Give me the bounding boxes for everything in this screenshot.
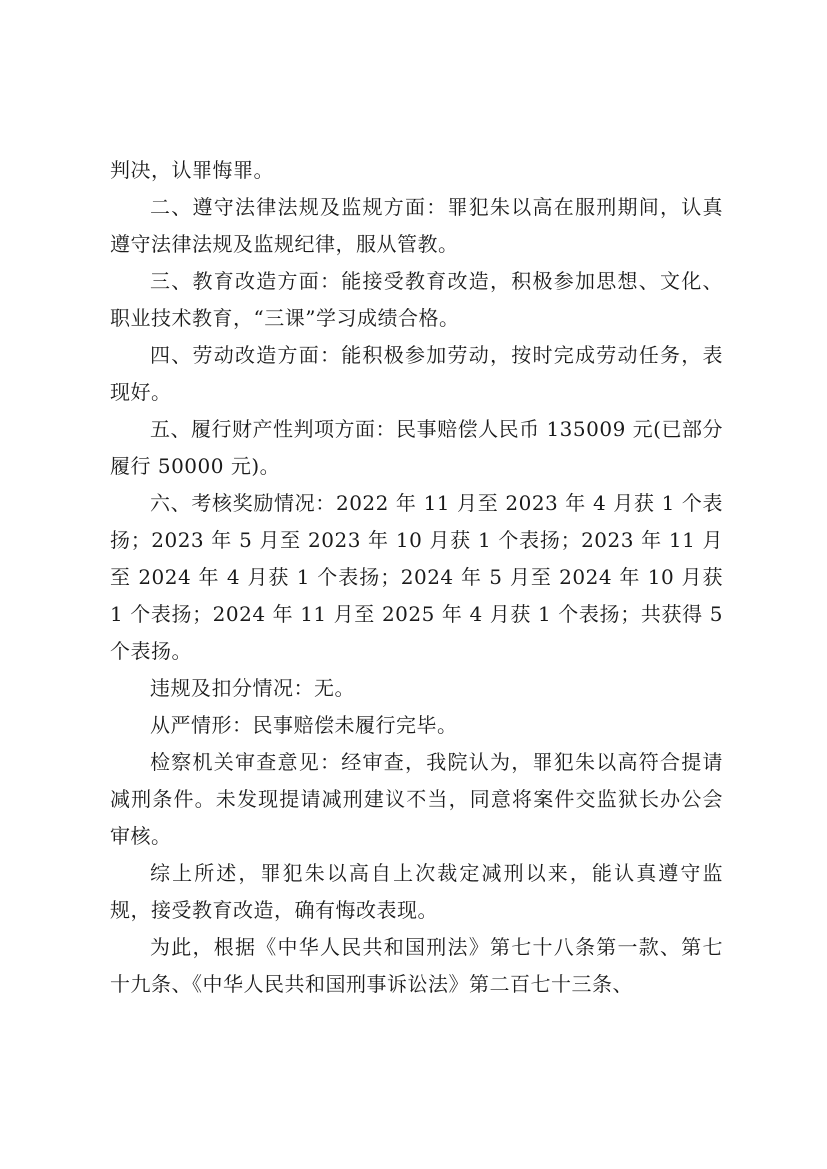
paragraph-violations: 违规及扣分情况：无。 [110,670,723,707]
document-page: 判决，认罪悔罪。 二、遵守法律法规及监规方面：罪犯朱以高在服刑期间，认真遵守法律… [110,152,723,1003]
paragraph-labor-reform: 四、劳动改造方面：能积极参加劳动，按时完成劳动任务，表现好。 [110,337,723,411]
paragraph-property-judgment: 五、履行财产性判项方面：民事赔偿人民币 135009 元(已部分履行 50000… [110,411,723,485]
paragraph-summary: 综上所述，罪犯朱以高自上次裁定减刑以来，能认真遵守监规，接受教育改造，确有悔改表… [110,855,723,929]
paragraph-legal-basis: 为此，根据《中华人民共和国刑法》第七十八条第一款、第七十九条、《中华人民共和国刑… [110,929,723,1003]
paragraph-rewards: 六、考核奖励情况：2022 年 11 月至 2023 年 4 月获 1 个表扬；… [110,485,723,670]
paragraph-strict-circumstances: 从严情形：民事赔偿未履行完毕。 [110,707,723,744]
paragraph-education-reform: 三、教育改造方面：能接受教育改造，积极参加思想、文化、职业技术教育，“三课”学习… [110,263,723,337]
paragraph-law-compliance: 二、遵守法律法规及监规方面：罪犯朱以高在服刑期间，认真遵守法律法规及监规纪律，服… [110,189,723,263]
paragraph-conclusion-fragment: 判决，认罪悔罪。 [110,152,723,189]
paragraph-procuratorate-opinion: 检察机关审查意见：经审查，我院认为，罪犯朱以高符合提请减刑条件。未发现提请减刑建… [110,744,723,855]
